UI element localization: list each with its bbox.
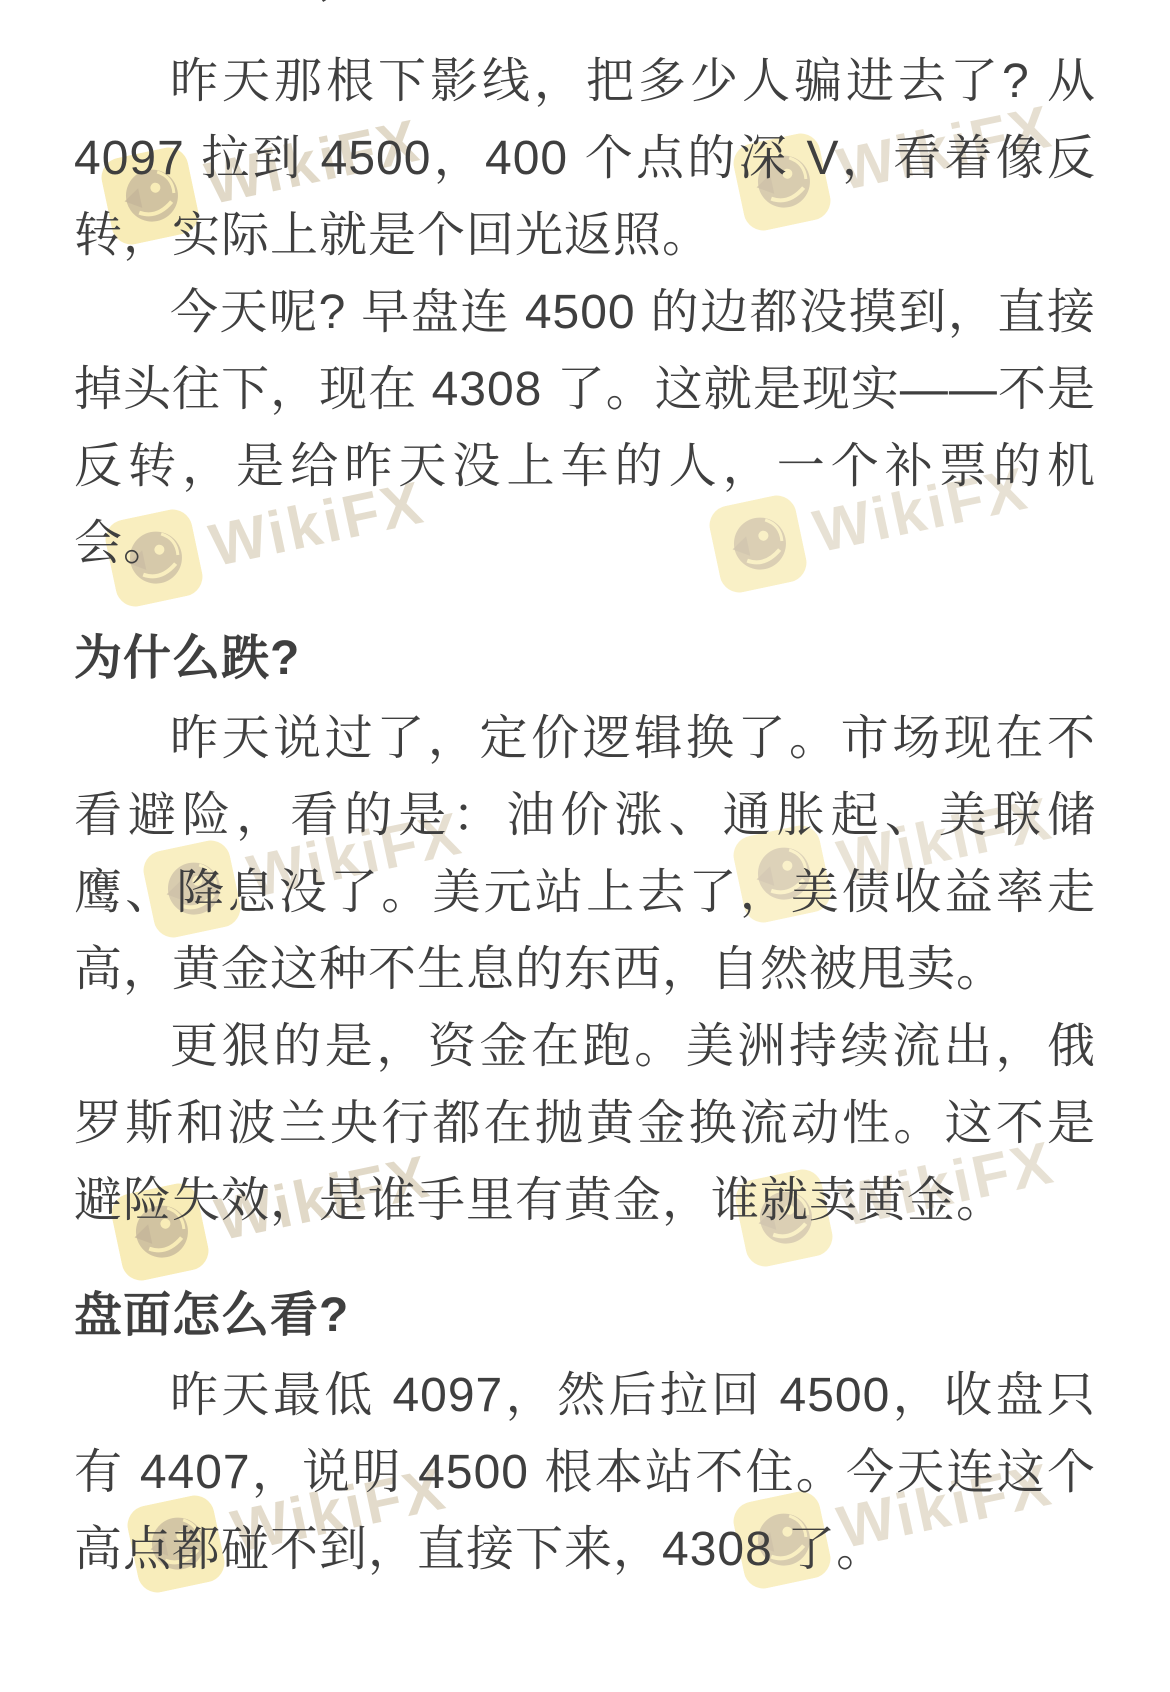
section-heading-why-falling: 为什么跌?	[74, 620, 1096, 697]
article-title-cropped: 黄金大跳水，反弹是假象	[74, 0, 1096, 14]
paragraph-lower-shadow-trap: 昨天那根下影线，把多少人骗进去了? 从 4097 拉到 4500，400 个点的…	[74, 43, 1096, 274]
article-content: 黄金大跳水，反弹是假象 昨天那根下影线，把多少人骗进去了? 从 4097 拉到 …	[0, 0, 1170, 1588]
paragraph-funds-fleeing: 更狠的是，资金在跑。美洲持续流出，俄罗斯和波兰央行都在抛黄金换流动性。这不是避险…	[74, 1008, 1096, 1239]
paragraph-today-dropped: 今天呢? 早盘连 4500 的边都没摸到，直接掉头往下，现在 4308 了。这就…	[74, 274, 1096, 582]
article-page: WikiFX WikiFX WikiFX WikiFX WikiFX	[0, 0, 1170, 1692]
paragraph-pricing-logic: 昨天说过了，定价逻辑换了。市场现在不看避险，看的是：油价涨、通胀起、美联储鹰、降…	[74, 700, 1096, 1008]
section-heading-chart-view: 盘面怎么看?	[74, 1277, 1096, 1354]
paragraph-price-levels: 昨天最低 4097，然后拉回 4500，收盘只有 4407，说明 4500 根本…	[74, 1357, 1096, 1588]
